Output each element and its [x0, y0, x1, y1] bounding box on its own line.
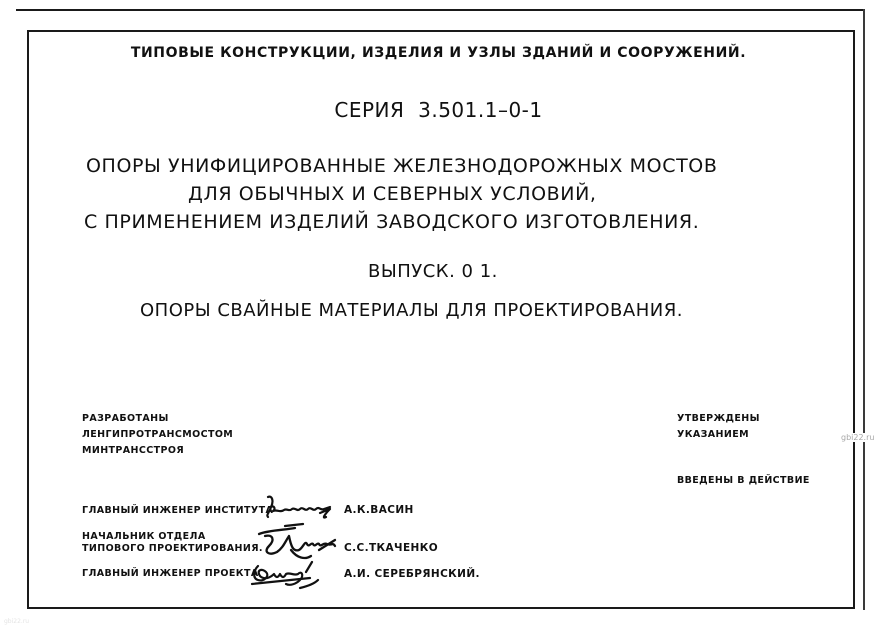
approved-label: УТВЕРЖДЕНЫ [677, 412, 760, 426]
signature-1-icon [262, 493, 334, 523]
document-headline: ТИПОВЫЕ КОНСТРУКЦИИ, ИЗДЕЛИЯ И УЗЛЫ ЗДАН… [0, 45, 877, 61]
signatory-role-chief-project-engineer: ГЛАВНЫЙ ИНЖЕНЕР ПРОЕКТА [82, 567, 259, 581]
series-label: СЕРИЯ [334, 98, 404, 122]
signatory-name-1: А.К.ВАСИН [344, 503, 414, 517]
signatory-name-2: С.С.ТКАЧЕНКО [344, 541, 438, 555]
approved-by-directive: УКАЗАНИЕМ [677, 428, 749, 442]
watermark-text: gbi22.ru [840, 433, 875, 442]
issue-number: ВЫПУСК. 0 1. [368, 261, 498, 282]
series-designation: СЕРИЯ 3.501.1–0-1 [0, 98, 877, 122]
put-into-effect-label: ВВЕДЕНЫ В ДЕЙСТВИЕ [677, 474, 810, 488]
issue-subject: ОПОРЫ СВАЙНЫЕ МАТЕРИАЛЫ ДЛЯ ПРОЕКТИРОВАН… [140, 300, 683, 321]
signatory-role-department-name: ТИПОВОГО ПРОЕКТИРОВАНИЯ. [82, 542, 263, 556]
document-title-line-3: С ПРИМЕНЕНИЕМ ИЗДЕЛИЙ ЗАВОДСКОГО ИЗГОТОВ… [84, 211, 699, 233]
signature-3-icon [250, 558, 330, 590]
outer-frame-top-line [16, 9, 865, 11]
watermark-faint-text: gbi22.ru [4, 618, 29, 625]
signatory-name-3: А.И. СЕРЕБРЯНСКИЙ. [344, 567, 480, 581]
signatory-role-chief-engineer-institute: ГЛАВНЫЙ ИНЖЕНЕР ИНСТИТУТА [82, 504, 273, 518]
developer-organization: ЛЕНГИПРОТРАНСМОСТОМ [82, 428, 233, 442]
document-title-line-1: ОПОРЫ УНИФИЦИРОВАННЫЕ ЖЕЛЕЗНОДОРОЖНЫХ МО… [86, 155, 717, 177]
series-number: 3.501.1–0-1 [418, 98, 543, 122]
document-title-line-2: ДЛЯ ОБЫЧНЫХ И СЕВЕРНЫХ УСЛОВИЙ, [188, 183, 597, 205]
developer-ministry: МИНТРАНССТРОЯ [82, 444, 184, 458]
developed-by-label: РАЗРАБОТАНЫ [82, 412, 169, 426]
